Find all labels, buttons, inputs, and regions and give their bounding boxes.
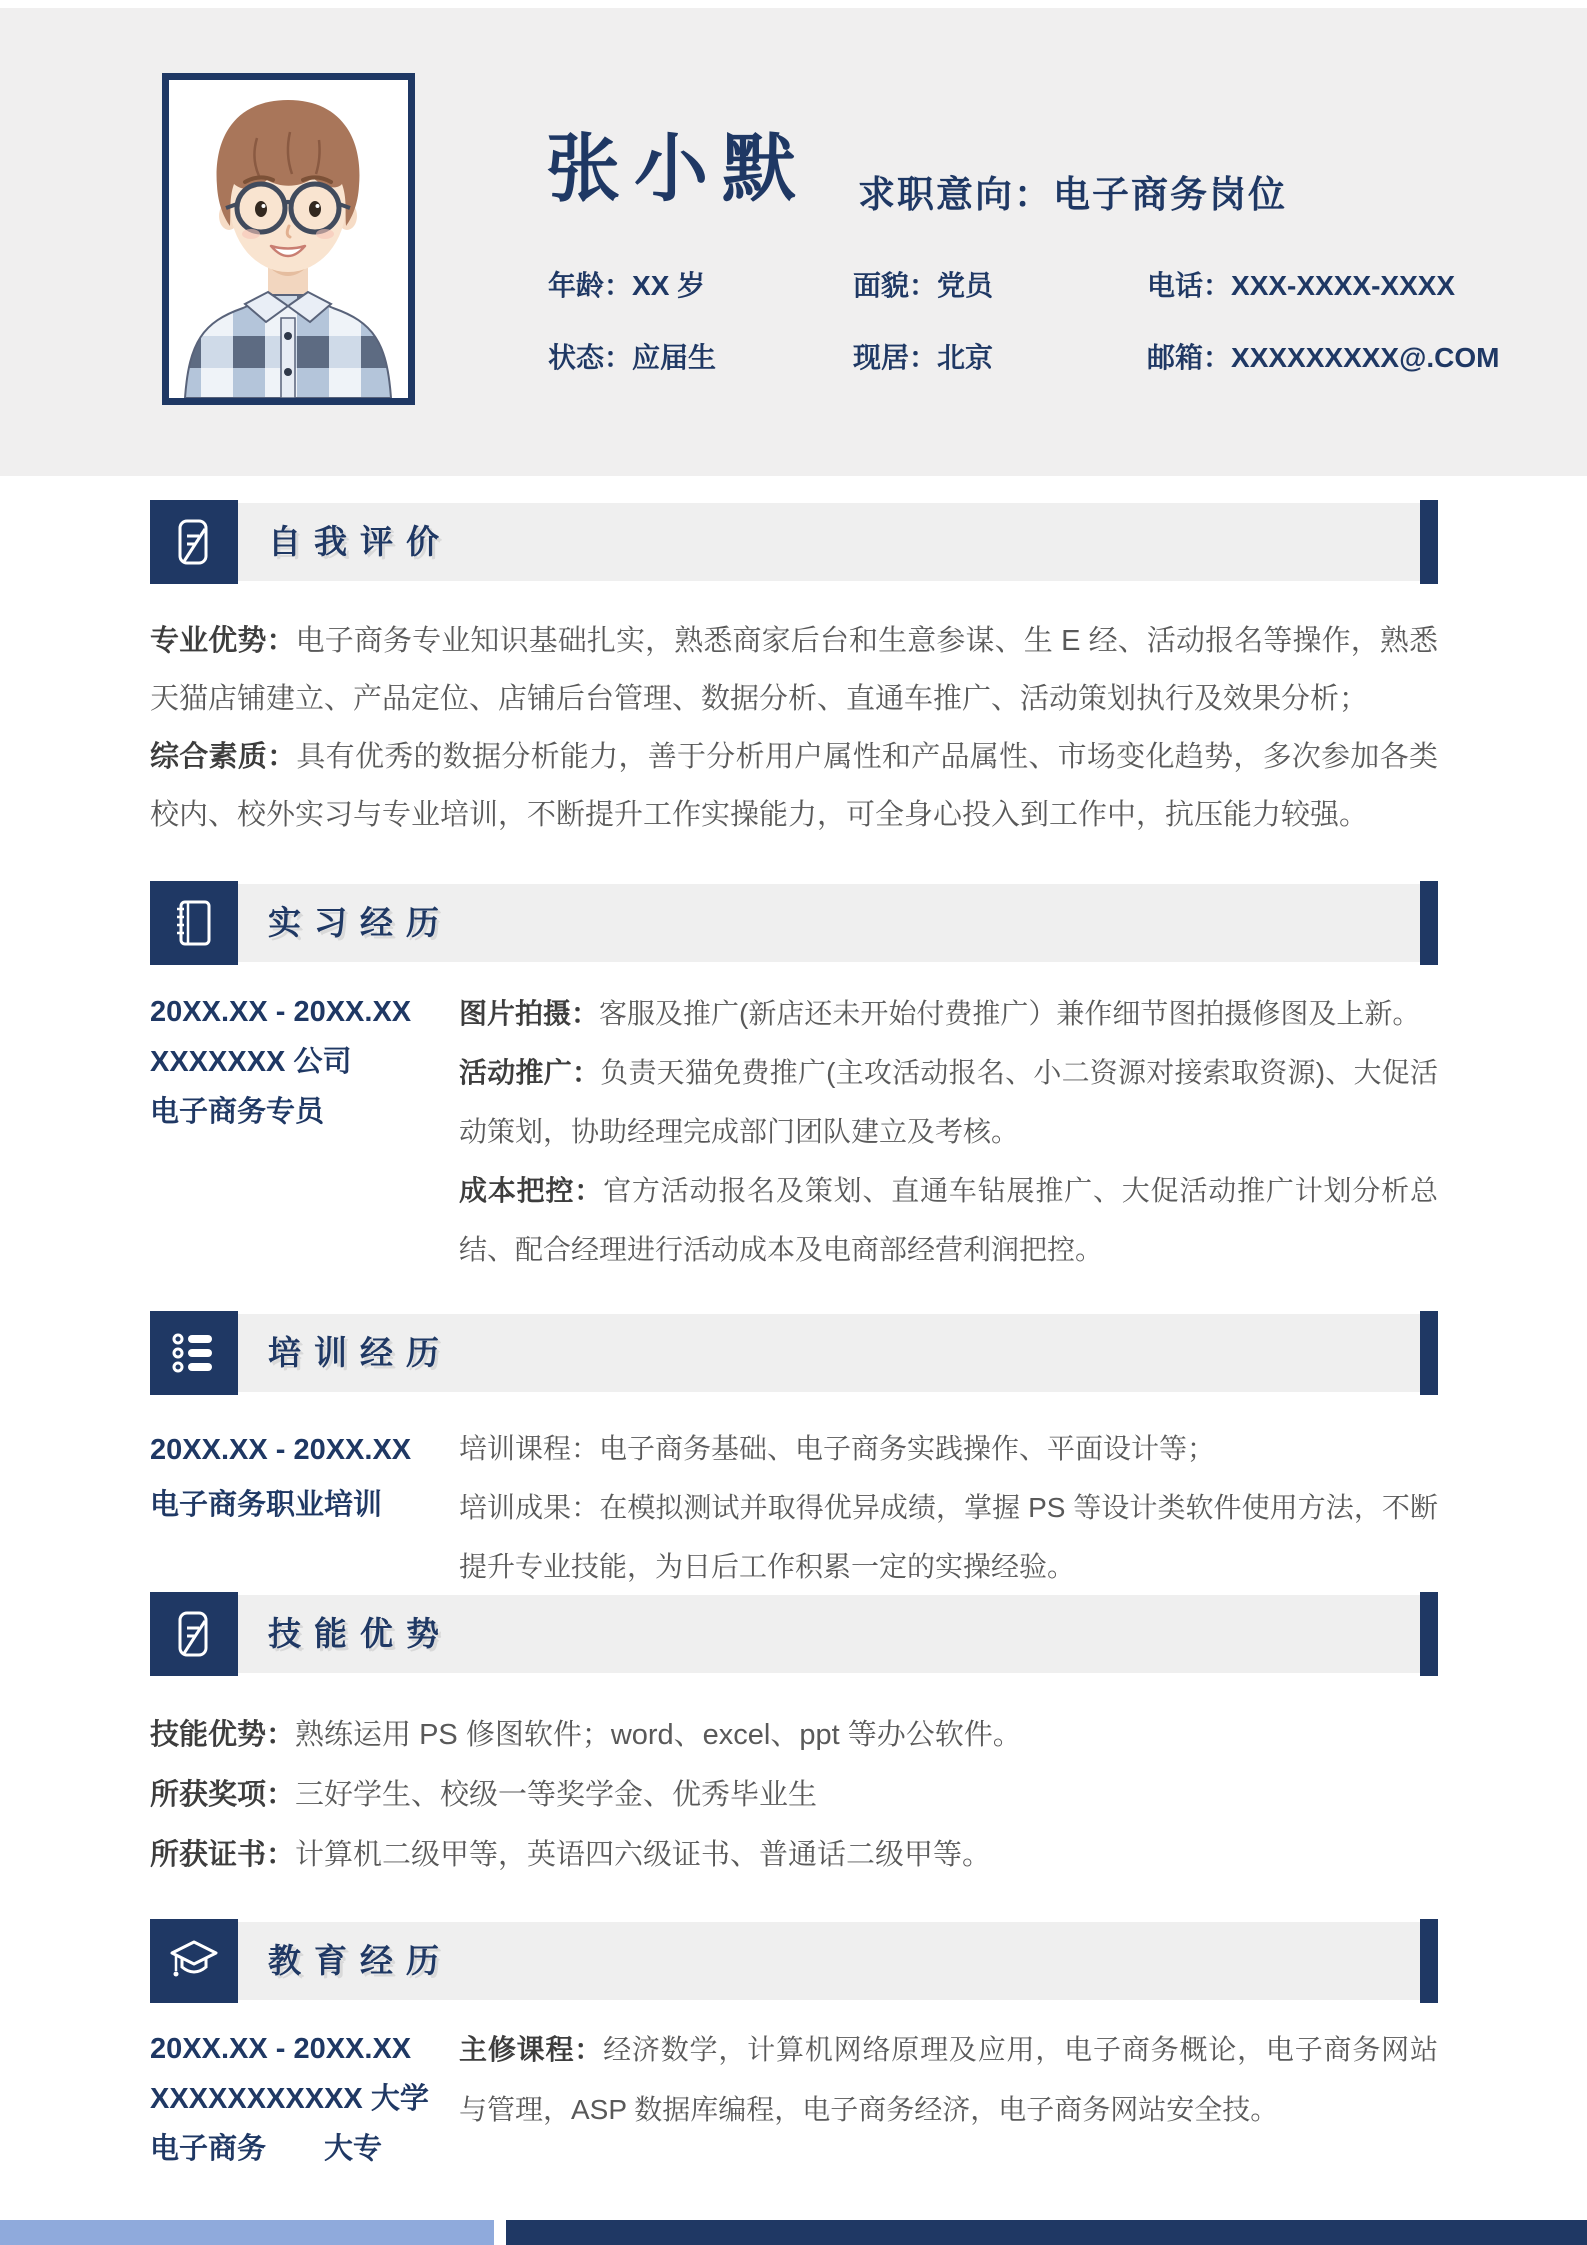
section-endcap: [1420, 500, 1438, 584]
doc-pen-icon: [150, 500, 238, 584]
internship-period: 20XX.XX - 20XX.XX: [150, 987, 411, 1037]
candidate-name: 张小默: [546, 132, 810, 206]
skill-line: 所获奖项：三好学生、校级一等奖学金、优秀毕业生: [150, 1765, 1438, 1825]
field-label: 主修课程：: [459, 2034, 603, 2065]
section-title: 实习经历: [268, 884, 452, 962]
job-intention: 求职意向：电子商务岗位: [858, 176, 1287, 213]
field-label: 培训成果：: [459, 1492, 599, 1523]
contact-item-email: 邮箱：XXXXXXXXX@.COM: [1147, 344, 1500, 372]
section-header-training: 培训经历: [150, 1314, 1420, 1392]
doc-pen-icon: [150, 1592, 238, 1676]
contact-label: 面貌：: [853, 270, 937, 301]
footer-light-blue-bar: [0, 2220, 494, 2245]
notebook-icon: [150, 881, 238, 965]
internship-left-column: 20XX.XX - 20XX.XX XXXXXXX 公司 电子商务专员: [150, 987, 411, 1137]
internship-details: 图片拍摄：客服及推广(新店还未开始付费推广）兼作细节图拍摄修图及上新。 活动推广…: [459, 984, 1438, 1279]
field-label: 活动推广：: [459, 1057, 600, 1088]
detail-item: 活动推广：负责天猫免费推广(主攻活动报名、小二资源对接索取资源)、大促活动策划，…: [459, 1043, 1438, 1161]
contact-label: 状态：: [548, 342, 632, 373]
education-details: 主修课程：经济数学，计算机网络原理及应用，电子商务概论，电子商务网站与管理，AS…: [459, 2020, 1438, 2140]
contact-value: XXX-XXXX-XXXX: [1231, 270, 1455, 301]
internship-role: 电子商务专员: [150, 1087, 411, 1137]
education-school: XXXXXXXXXXX 大学: [150, 2074, 429, 2124]
field-text: 熟练运用 PS 修图软件；word、excel、ppt 等办公软件。: [295, 1719, 1022, 1751]
contact-value: XX 岁: [632, 270, 705, 301]
contact-label: 年龄：: [548, 270, 632, 301]
list-icon: [150, 1311, 238, 1395]
contact-value: 应届生: [632, 342, 716, 373]
field-label: 技能优势：: [150, 1719, 295, 1751]
education-degree: 大专: [324, 2133, 382, 2165]
field-text: 具有优秀的数据分析能力，善于分析用户属性和产品属性、市场变化趋势，多次参加各类校…: [150, 741, 1438, 831]
section-header-internship: 实习经历: [150, 884, 1420, 962]
field-label: 所获证书：: [150, 1839, 295, 1871]
section-endcap: [1420, 1919, 1438, 2003]
section-title: 教育经历: [268, 1922, 452, 2000]
detail-item: 培训成果：在模拟测试并取得优异成绩，掌握 PS 等设计类软件使用方法，不断提升专…: [459, 1478, 1438, 1596]
paragraph: 综合素质：具有优秀的数据分析能力，善于分析用户属性和产品属性、市场变化趋势，多次…: [150, 728, 1438, 844]
graduation-cap-icon: [150, 1919, 238, 2003]
section-title: 自我评价: [268, 503, 452, 581]
internship-body: 20XX.XX - 20XX.XX XXXXXXX 公司 电子商务专员 图片拍摄…: [150, 984, 1438, 1279]
skills-body: 技能优势：熟练运用 PS 修图软件；word、excel、ppt 等办公软件。 …: [150, 1705, 1438, 1885]
field-text: 负责天猫免费推广(主攻活动报名、小二资源对接索取资源)、大促活动策划，协助经理完…: [459, 1057, 1438, 1147]
skill-line: 所获证书：计算机二级甲等，英语四六级证书、普通话二级甲等。: [150, 1825, 1438, 1885]
contact-item-phone: 电话：XXX-XXXX-XXXX: [1147, 272, 1455, 300]
training-period: 20XX.XX - 20XX.XX: [150, 1423, 411, 1478]
detail-item: 图片拍摄：客服及推广(新店还未开始付费推广）兼作细节图拍摄修图及上新。: [459, 984, 1438, 1043]
education-major: 电子商务: [150, 2133, 266, 2165]
field-label: 培训课程：: [459, 1433, 599, 1464]
field-label: 所获奖项：: [150, 1779, 295, 1811]
footer-navy-bar: [506, 2220, 1587, 2245]
internship-company: XXXXXXX 公司: [150, 1037, 411, 1087]
contact-label: 现居：: [853, 342, 937, 373]
contact-label: 邮箱：: [1147, 342, 1231, 373]
field-text: 电子商务专业知识基础扎实，熟悉商家后台和生意参谋、生 E 经、活动报名等操作，熟…: [150, 625, 1438, 715]
section-endcap: [1420, 1311, 1438, 1395]
field-label: 专业优势：: [150, 625, 296, 657]
training-org: 电子商务职业培训: [150, 1478, 411, 1533]
contact-label: 电话：: [1147, 270, 1231, 301]
section-header-skills: 技能优势: [150, 1595, 1420, 1673]
detail-item: 主修课程：经济数学，计算机网络原理及应用，电子商务概论，电子商务网站与管理，AS…: [459, 2020, 1438, 2140]
field-text: 电子商务基础、电子商务实践操作、平面设计等；: [599, 1433, 1215, 1464]
avatar-photo-frame: [162, 73, 415, 405]
detail-item: 成本把控：官方活动报名及策划、直通车钻展推广、大促活动推广计划分析总结、配合经理…: [459, 1161, 1438, 1279]
section-endcap: [1420, 881, 1438, 965]
field-text: 客服及推广(新店还未开始付费推广）兼作细节图拍摄修图及上新。: [599, 998, 1420, 1029]
education-body: 20XX.XX - 20XX.XX XXXXXXXXXXX 大学 电子商务大专 …: [150, 2020, 1438, 2140]
field-text: 经济数学，计算机网络原理及应用，电子商务概论，电子商务网站与管理，ASP 数据库…: [459, 2034, 1438, 2125]
education-period: 20XX.XX - 20XX.XX: [150, 2024, 429, 2074]
section-title: 技能优势: [268, 1595, 452, 1673]
field-text: 三好学生、校级一等奖学金、优秀毕业生: [295, 1779, 817, 1811]
paragraph: 专业优势：电子商务专业知识基础扎实，熟悉商家后台和生意参谋、生 E 经、活动报名…: [150, 612, 1438, 728]
education-left-column: 20XX.XX - 20XX.XX XXXXXXXXXXX 大学 电子商务大专: [150, 2024, 429, 2174]
contact-item-city: 现居：北京: [853, 344, 993, 372]
avatar-illustration: [169, 80, 408, 398]
section-endcap: [1420, 1592, 1438, 1676]
contact-item-political-status: 面貌：党员: [853, 272, 993, 300]
detail-item: 培训课程：电子商务基础、电子商务实践操作、平面设计等；: [459, 1419, 1438, 1478]
training-body: 20XX.XX - 20XX.XX 电子商务职业培训 培训课程：电子商务基础、电…: [150, 1419, 1438, 1596]
section-header-education: 教育经历: [150, 1922, 1420, 2000]
training-left-column: 20XX.XX - 20XX.XX 电子商务职业培训: [150, 1423, 411, 1533]
training-details: 培训课程：电子商务基础、电子商务实践操作、平面设计等； 培训成果：在模拟测试并取…: [459, 1419, 1438, 1596]
contact-value: XXXXXXXXX@.COM: [1231, 342, 1500, 373]
field-text: 在模拟测试并取得优异成绩，掌握 PS 等设计类软件使用方法，不断提升专业技能，为…: [459, 1492, 1438, 1582]
field-label: 综合素质：: [150, 741, 296, 773]
skill-line: 技能优势：熟练运用 PS 修图软件；word、excel、ppt 等办公软件。: [150, 1705, 1438, 1765]
resume-page: 张小默 求职意向：电子商务岗位 年龄：XX 岁 面貌：党员 电话：XXX-XXX…: [0, 0, 1587, 2245]
education-major-row: 电子商务大专: [150, 2124, 429, 2174]
header-band: 张小默 求职意向：电子商务岗位 年龄：XX 岁 面貌：党员 电话：XXX-XXX…: [0, 8, 1587, 476]
self-evaluation-body: 专业优势：电子商务专业知识基础扎实，熟悉商家后台和生意参谋、生 E 经、活动报名…: [150, 612, 1438, 844]
section-header-self-evaluation: 自我评价: [150, 503, 1420, 581]
contact-value: 党员: [937, 270, 993, 301]
field-text: 计算机二级甲等，英语四六级证书、普通话二级甲等。: [295, 1839, 991, 1871]
field-text: 官方活动报名及策划、直通车钻展推广、大促活动推广计划分析总结、配合经理进行活动成…: [459, 1175, 1438, 1265]
contact-item-status: 状态：应届生: [548, 344, 716, 372]
contact-item-age: 年龄：XX 岁: [548, 272, 705, 300]
contact-value: 北京: [937, 342, 993, 373]
field-label: 成本把控：: [459, 1175, 603, 1206]
section-title: 培训经历: [268, 1314, 452, 1392]
field-label: 图片拍摄：: [459, 998, 599, 1029]
